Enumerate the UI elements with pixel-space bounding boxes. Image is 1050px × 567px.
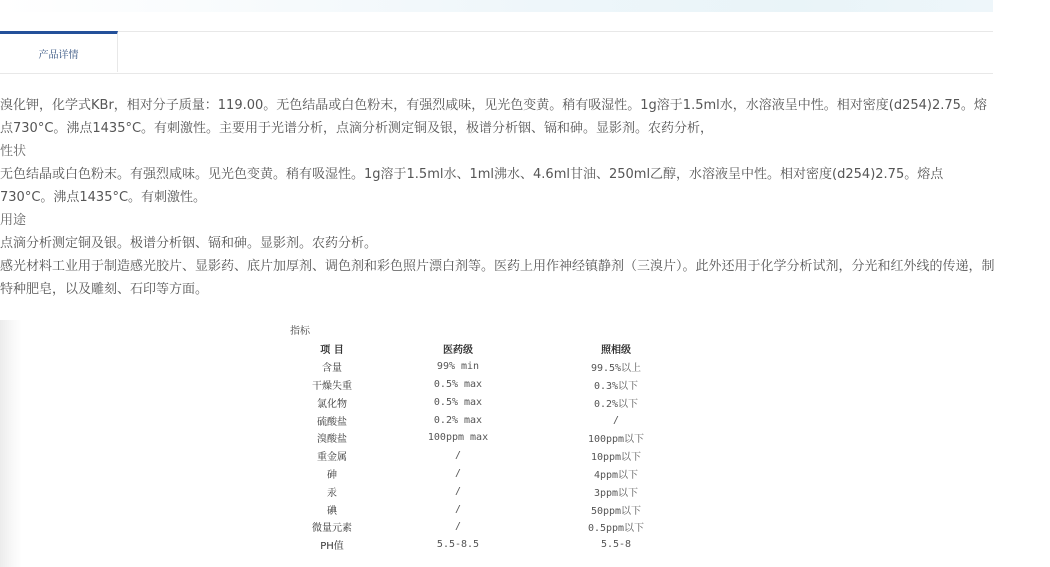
cell-photo: 3ppm以下	[542, 482, 690, 500]
header-item: 项 目	[290, 340, 374, 358]
uses-paragraph-1: 点滴分析测定铜及银。极谱分析铟、镉和砷。显影剂。农药分析。	[0, 232, 995, 255]
spec-table: 项 目 医药级 照相级 含量99% min99.5%以上 干燥失重0.5% ma…	[290, 340, 690, 554]
cell-pharma: /	[374, 465, 542, 483]
cell-pharma: 5.5-8.5	[374, 536, 542, 554]
intro-paragraph: 溴化钾，化学式KBr，相对分子质量：119.00。无色结晶或白色粉末，有强烈咸味…	[0, 94, 995, 140]
cell-pharma: 99% min	[374, 358, 542, 376]
table-row: PH值5.5-8.55.5-8	[290, 536, 690, 554]
left-edge-shadow	[0, 320, 22, 567]
cell-item: 碘	[290, 500, 374, 518]
table-row: 干燥失重0.5% max0.3%以下	[290, 376, 690, 394]
cell-item: 汞	[290, 482, 374, 500]
cell-item: 砷	[290, 465, 374, 483]
tab-product-details[interactable]: 产品详情	[0, 31, 118, 72]
product-description: 溴化钾，化学式KBr，相对分子质量：119.00。无色结晶或白色粉末，有强烈咸味…	[0, 94, 995, 301]
cell-pharma: 0.2% max	[374, 411, 542, 429]
cell-item: 溴酸盐	[290, 429, 374, 447]
cell-pharma: /	[374, 447, 542, 465]
header-photo-grade: 照相级	[542, 340, 690, 358]
cell-photo: 50ppm以下	[542, 500, 690, 518]
tab-bar: 产品详情	[0, 31, 993, 74]
table-row: 微量元素/0.5ppm以下	[290, 518, 690, 536]
cell-pharma: /	[374, 500, 542, 518]
cell-photo: 0.2%以下	[542, 393, 690, 411]
uses-heading: 用途	[0, 209, 995, 232]
table-row: 碘/50ppm以下	[290, 500, 690, 518]
header-pharma-grade: 医药级	[374, 340, 542, 358]
properties-heading: 性状	[0, 140, 995, 163]
cell-item: PH值	[290, 536, 374, 554]
spec-header-row: 项 目 医药级 照相级	[290, 340, 690, 358]
cell-photo: /	[542, 411, 690, 429]
cell-item: 微量元素	[290, 518, 374, 536]
cell-pharma: /	[374, 482, 542, 500]
uses-paragraph-2: 感光材料工业用于制造感光胶片、显影药、底片加厚剂、调色剂和彩色照片漂白剂等。医药…	[0, 255, 995, 301]
spec-section: 指标 项 目 医药级 照相级 含量99% min99.5%以上 干燥失重0.5%…	[290, 323, 690, 554]
cell-pharma: 0.5% max	[374, 393, 542, 411]
top-banner	[0, 0, 993, 12]
table-row: 砷/4ppm以下	[290, 465, 690, 483]
spec-title: 指标	[290, 323, 690, 340]
table-row: 硫酸盐0.2% max/	[290, 411, 690, 429]
cell-photo: 0.5ppm以下	[542, 518, 690, 536]
cell-photo: 4ppm以下	[542, 465, 690, 483]
table-row: 汞/3ppm以下	[290, 482, 690, 500]
cell-item: 硫酸盐	[290, 411, 374, 429]
cell-item: 干燥失重	[290, 376, 374, 394]
cell-item: 氯化物	[290, 393, 374, 411]
properties-paragraph: 无色结晶或白色粉末。有强烈咸味。见光色变黄。稍有吸湿性。1g溶于1.5ml水、1…	[0, 163, 995, 209]
table-row: 氯化物0.5% max0.2%以下	[290, 393, 690, 411]
table-row: 溴酸盐100ppm max100ppm以下	[290, 429, 690, 447]
table-row: 含量99% min99.5%以上	[290, 358, 690, 376]
cell-photo: 5.5-8	[542, 536, 690, 554]
table-row: 重金属/10ppm以下	[290, 447, 690, 465]
cell-photo: 10ppm以下	[542, 447, 690, 465]
cell-photo: 100ppm以下	[542, 429, 690, 447]
cell-item: 重金属	[290, 447, 374, 465]
cell-photo: 99.5%以上	[542, 358, 690, 376]
cell-item: 含量	[290, 358, 374, 376]
cell-pharma: 0.5% max	[374, 376, 542, 394]
cell-pharma: 100ppm max	[374, 429, 542, 447]
cell-pharma: /	[374, 518, 542, 536]
cell-photo: 0.3%以下	[542, 376, 690, 394]
